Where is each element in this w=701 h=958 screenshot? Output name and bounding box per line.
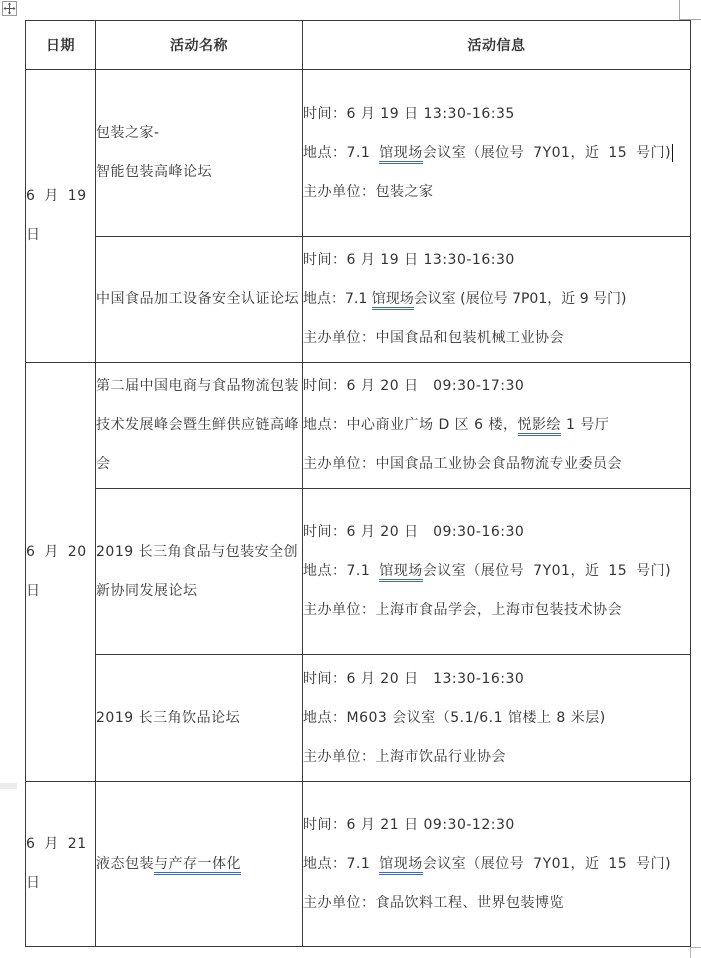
event-location: 地点：中心商业广场 D 区 6 楼，悦影绘 1 号厅 bbox=[303, 406, 690, 445]
table-header-row: 日期 活动名称 活动信息 bbox=[26, 21, 691, 70]
spell-check-underline[interactable]: 馆现场 bbox=[379, 856, 423, 875]
table-row: 6 月 20 日 第二届中国电商与食品物流包装技术发展峰会暨生鲜供应链高峰会 时… bbox=[26, 363, 691, 489]
event-info-cell[interactable]: 时间：6 月 20 日 09:30-16:30 地点：7.1 馆现场会议室（展位… bbox=[303, 489, 691, 655]
event-name-cell[interactable]: 2019 长三角饮品论坛 bbox=[96, 655, 303, 782]
event-organizer: 主办单位：食品饮料工程、世界包装博览 bbox=[303, 884, 690, 923]
event-time: 时间：6 月 20 日 09:30-17:30 bbox=[303, 367, 690, 406]
event-name-cell[interactable]: 中国食品加工设备安全认证论坛 bbox=[96, 237, 303, 363]
event-name-cell[interactable]: 2019 长三角食品与包装安全创新协同发展论坛 bbox=[96, 489, 303, 655]
event-location: 地点：7.1 馆现场会议室（展位号 7Y01，近 15 号门) bbox=[303, 552, 690, 591]
table-row: 6 月 19 日 包装之家- 智能包装高峰论坛 时间：6 月 19 日 13:3… bbox=[26, 70, 691, 237]
table-row: 2019 长三角食品与包装安全创新协同发展论坛 时间：6 月 20 日 09:3… bbox=[26, 489, 691, 655]
text-cursor bbox=[672, 144, 673, 162]
date-cell[interactable]: 6 月 21 日 bbox=[26, 782, 96, 947]
header-event-info: 活动信息 bbox=[303, 21, 691, 70]
event-time: 时间：6 月 20 日 09:30-16:30 bbox=[303, 513, 690, 552]
event-organizer: 主办单位：中国食品工业协会食品物流专业委员会 bbox=[303, 445, 690, 484]
event-name-line: 智能包装高峰论坛 bbox=[96, 153, 302, 192]
table-row: 2019 长三角饮品论坛 时间：6 月 20 日 13:30-16:30 地点：… bbox=[26, 655, 691, 782]
page-margin-corner-top-right bbox=[679, 0, 701, 20]
table-move-handle-icon[interactable] bbox=[2, 1, 17, 16]
event-time: 时间：6 月 19 日 13:30-16:35 bbox=[303, 95, 690, 134]
event-info-cell[interactable]: 时间：6 月 21 日 09:30-12:30 地点：7.1 馆现场会议室（展位… bbox=[303, 782, 691, 947]
event-location: 地点：7.1 馆现场会议室（展位号 7Y01，近 15 号门) bbox=[303, 134, 690, 173]
spell-check-underline[interactable]: 馆现场 bbox=[372, 291, 414, 310]
date-cell[interactable]: 6 月 19 日 bbox=[26, 70, 96, 363]
spell-check-underline[interactable]: 与产存一体化 bbox=[154, 856, 241, 875]
four-way-arrow-icon bbox=[3, 2, 16, 15]
event-location: 地点：M603 会议室（5.1/6.1 馆楼上 8 米层) bbox=[303, 699, 690, 738]
table-row: 6 月 21 日 液态包装与产存一体化 时间：6 月 21 日 09:30-12… bbox=[26, 782, 691, 947]
event-schedule-table: 日期 活动名称 活动信息 6 月 19 日 包装之家- 智能包装高峰论坛 时间：… bbox=[25, 20, 691, 947]
spell-check-underline[interactable]: 馆现场 bbox=[379, 145, 423, 164]
event-info-cell[interactable]: 时间：6 月 20 日 09:30-17:30 地点：中心商业广场 D 区 6 … bbox=[303, 363, 691, 489]
event-info-cell[interactable]: 时间：6 月 19 日 13:30-16:30 地点：7.1 馆现场会议室 (展… bbox=[303, 237, 691, 363]
event-location: 地点：7.1 馆现场会议室（展位号 7Y01，近 15 号门) bbox=[303, 845, 690, 884]
event-name-line: 包装之家- bbox=[96, 114, 302, 153]
date-cell[interactable]: 6 月 20 日 bbox=[26, 363, 96, 782]
event-time: 时间：6 月 21 日 09:30-12:30 bbox=[303, 806, 690, 845]
header-event-name: 活动名称 bbox=[96, 21, 303, 70]
event-time: 时间：6 月 20 日 13:30-16:30 bbox=[303, 660, 690, 699]
event-organizer: 主办单位：上海市饮品行业协会 bbox=[303, 738, 690, 777]
spell-check-underline[interactable]: 悦影绘 bbox=[518, 417, 562, 436]
event-organizer: 主办单位：上海市食品学会，上海市包装技术协会 bbox=[303, 591, 690, 630]
header-date: 日期 bbox=[26, 21, 96, 70]
event-organizer: 主办单位：中国食品和包装机械工业协会 bbox=[303, 319, 690, 358]
event-name-cell[interactable]: 液态包装与产存一体化 bbox=[96, 782, 303, 947]
event-organizer: 主办单位：包装之家 bbox=[303, 173, 690, 212]
event-name-cell[interactable]: 包装之家- 智能包装高峰论坛 bbox=[96, 70, 303, 237]
page-break-marker bbox=[0, 783, 17, 789]
event-info-cell[interactable]: 时间：6 月 20 日 13:30-16:30 地点：M603 会议室（5.1/… bbox=[303, 655, 691, 782]
event-location: 地点：7.1 馆现场会议室 (展位号 7P01，近 9 号门) bbox=[303, 280, 690, 319]
table-row: 中国食品加工设备安全认证论坛 时间：6 月 19 日 13:30-16:30 地… bbox=[26, 237, 691, 363]
event-name-cell[interactable]: 第二届中国电商与食品物流包装技术发展峰会暨生鲜供应链高峰会 bbox=[96, 363, 303, 489]
event-info-cell[interactable]: 时间：6 月 19 日 13:30-16:35 地点：7.1 馆现场会议室（展位… bbox=[303, 70, 691, 237]
spell-check-underline[interactable]: 馆现场 bbox=[379, 563, 423, 582]
page-margin-corner-bottom-right bbox=[690, 947, 701, 958]
event-time: 时间：6 月 19 日 13:30-16:30 bbox=[303, 241, 690, 280]
